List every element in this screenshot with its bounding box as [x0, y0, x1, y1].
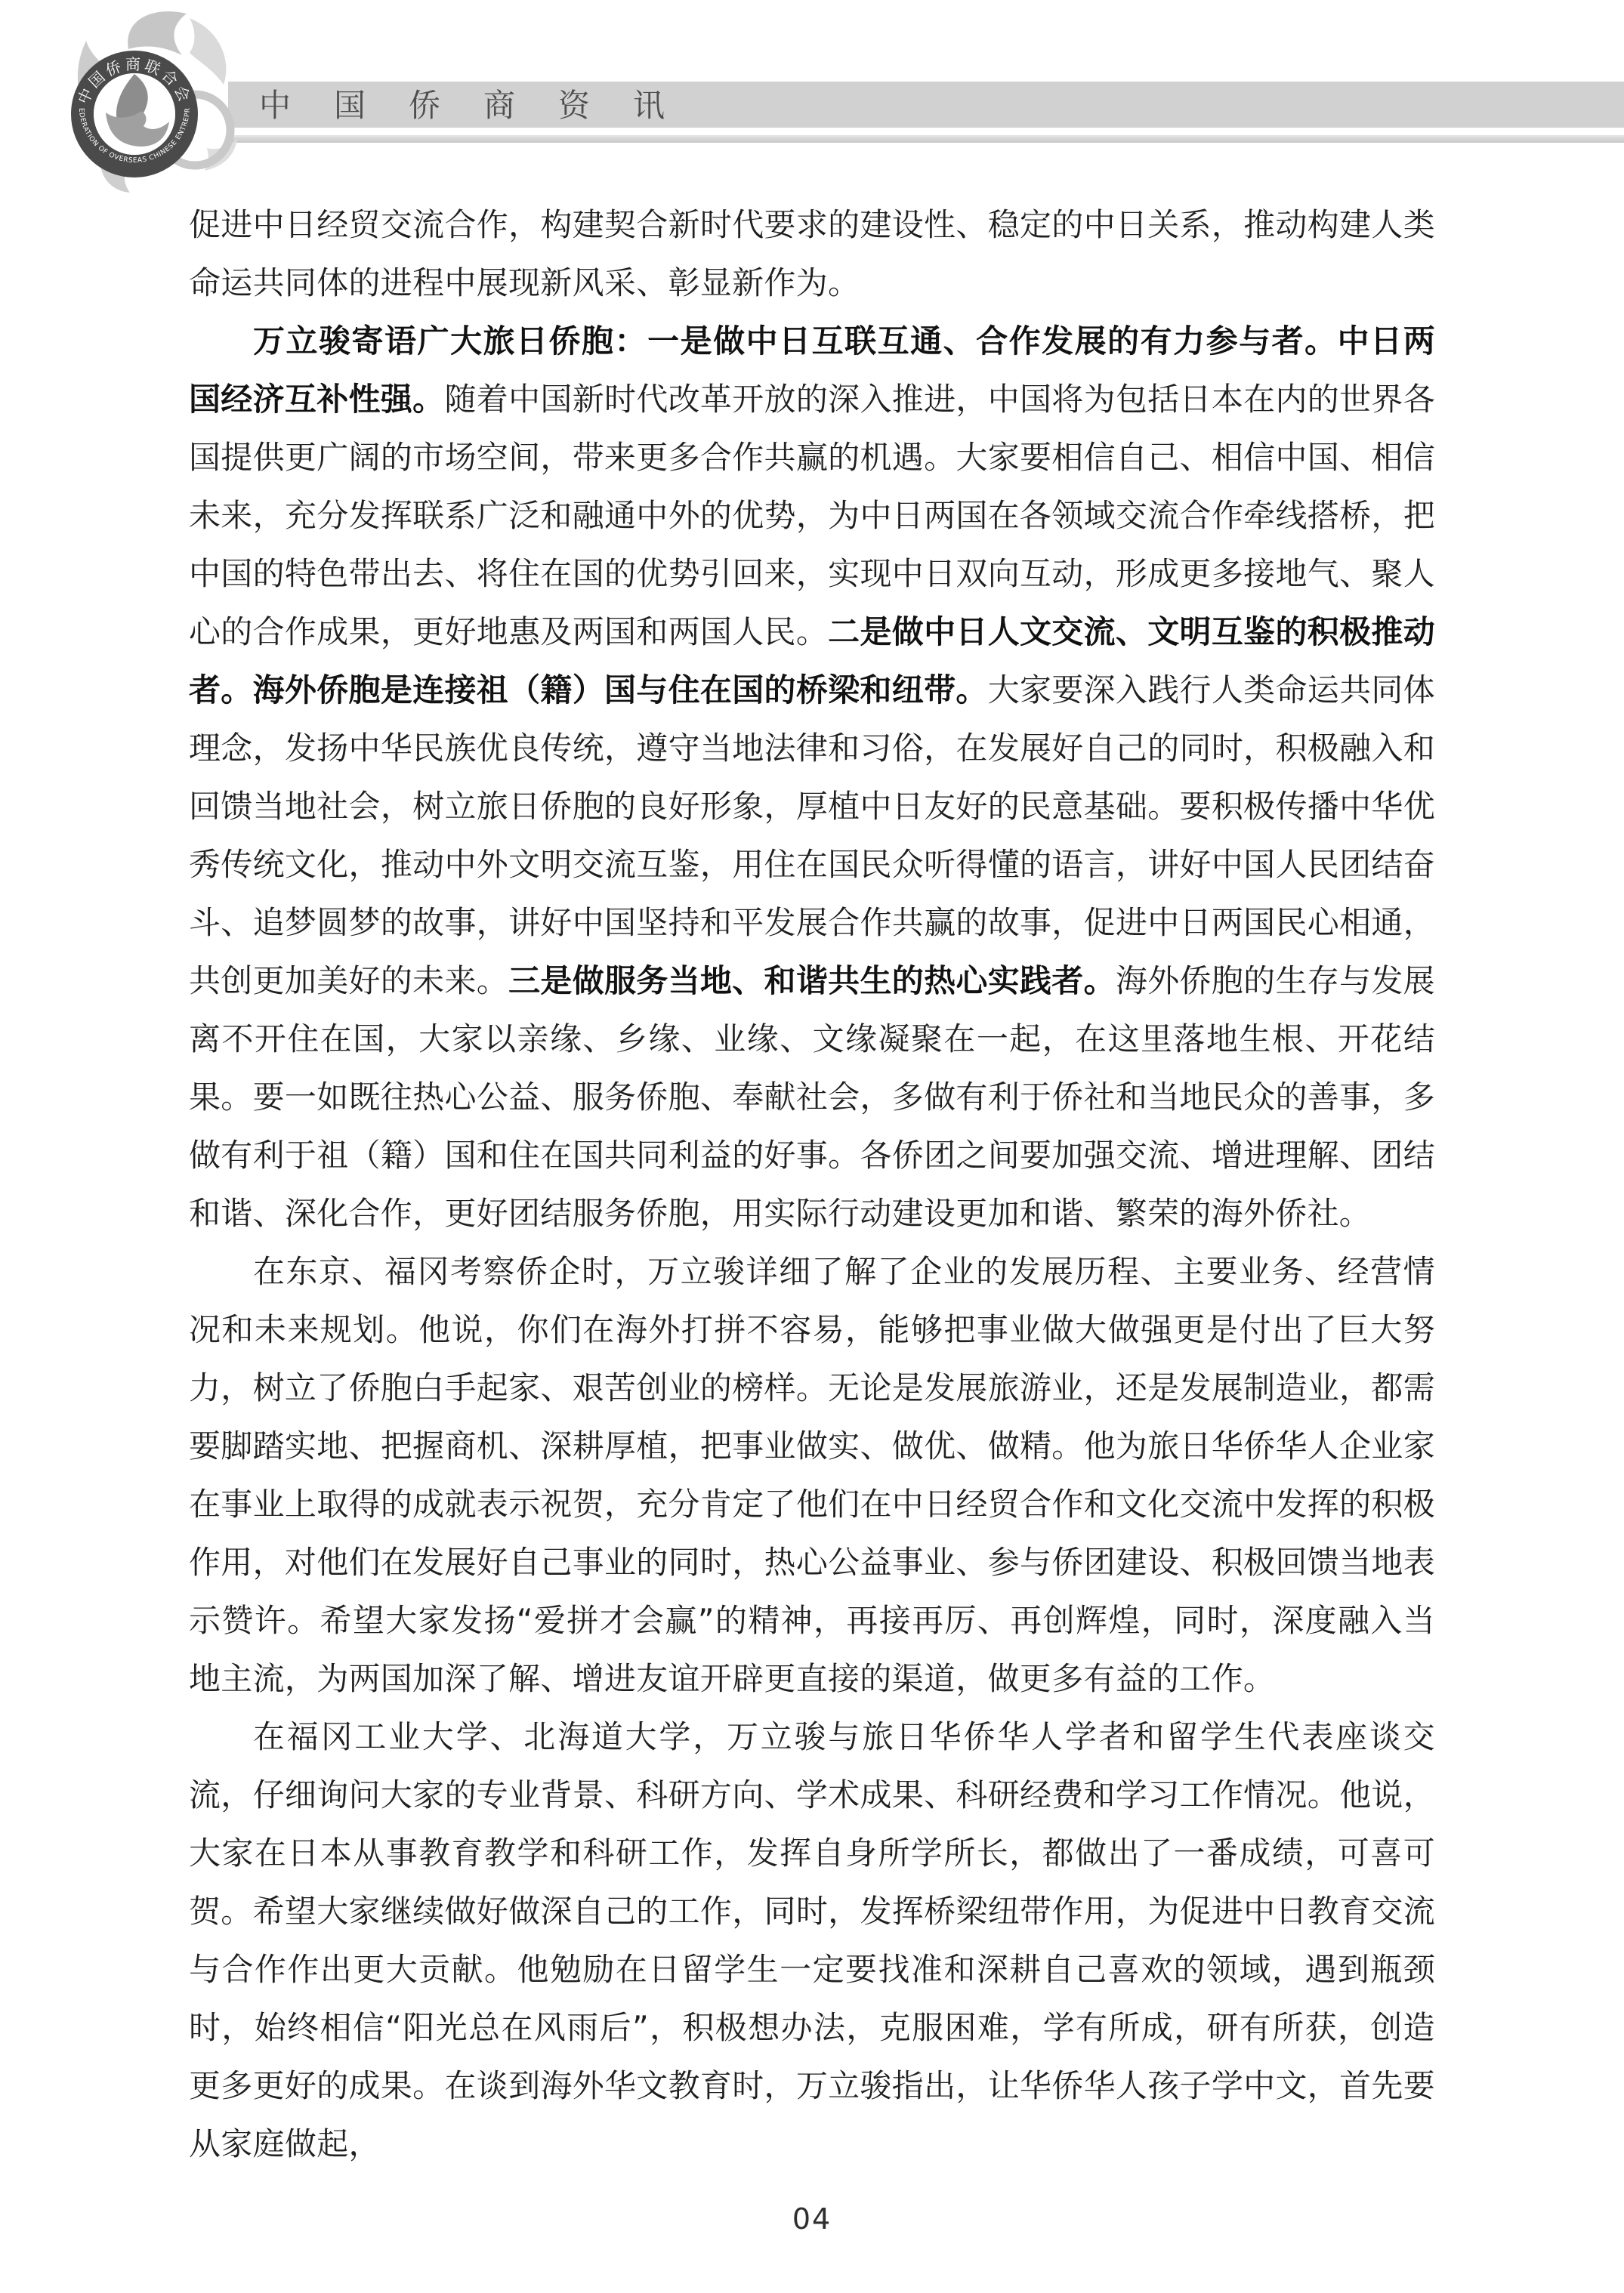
paragraph-run: 随着中国新时代改革开放的深入推进，中国将为包括日本在内的世界各国提供更广阔的市场… [189, 381, 1435, 650]
paragraph: 在东京、福冈考察侨企时，万立骏详细了解了企业的发展历程、主要业务、经营情况和未来… [189, 1242, 1435, 1708]
paragraph: 在福冈工业大学、北海道大学，万立骏与旅日华侨华人学者和留学生代表座谈交流，仔细询… [189, 1708, 1435, 2173]
paragraph-run: 促进中日经贸交流合作，构建契合新时代要求的建设性、稳定的中日关系，推动构建人类命… [189, 206, 1435, 301]
federation-logo-icon: 中国侨商联合会 CHINA FEDERATION OF OVERSEAS CHI… [42, 8, 245, 193]
logo-petal-right [190, 18, 226, 85]
article: 促进中日经贸交流合作，构建契合新时代要求的建设性、稳定的中日关系，推动构建人类命… [189, 196, 1435, 2173]
page-number: 04 [0, 2202, 1624, 2236]
paragraph-run: 在福冈工业大学、北海道大学，万立骏与旅日华侨华人学者和留学生代表座谈交流，仔细询… [189, 1718, 1435, 2162]
paragraph-run: 大家要深入践行人类命运共同体理念，发扬中华民族优良传统，遵守当地法律和习俗，在发… [189, 671, 1435, 999]
paragraph-run: 海外侨胞的生存与发展离不开住在国，大家以亲缘、乡缘、业缘、文缘凝聚在一起，在这里… [189, 962, 1435, 1232]
logo-petal-top [128, 11, 187, 55]
paragraph-run: 在东京、福冈考察侨企时，万立骏详细了解了企业的发展历程、主要业务、经营情况和未来… [189, 1253, 1435, 1697]
masthead-bar: 中国侨商资讯 [228, 82, 1624, 128]
paragraph: 万立骏寄语广大旅日侨胞：一是做中日互联互通、合作发展的有力参与者。中日两国经济互… [189, 312, 1435, 1242]
masthead-title: 中国侨商资讯 [259, 82, 708, 128]
masthead-divider-line [228, 140, 1624, 143]
paragraph: 促进中日经贸交流合作，构建契合新时代要求的建设性、稳定的中日关系，推动构建人类命… [189, 196, 1435, 312]
page: { "masthead": { "title": "中国侨商资讯", "logo… [0, 0, 1624, 2293]
paragraph-bold-run: 三是做服务当地、和谐共生的热心实践者。 [508, 962, 1116, 999]
